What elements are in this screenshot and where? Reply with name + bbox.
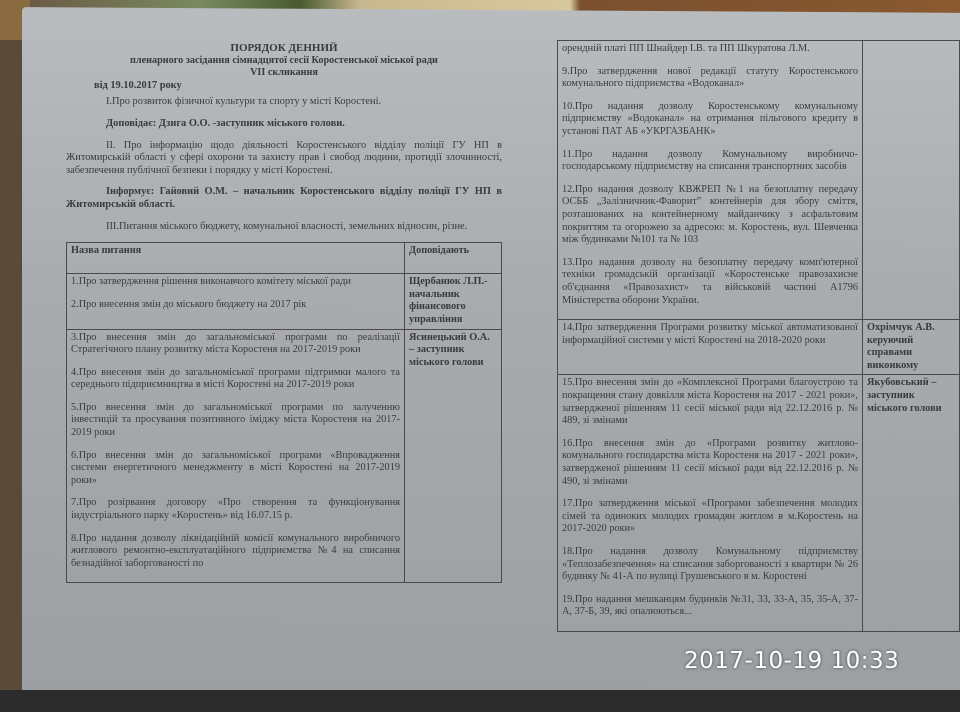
- agenda-item: 10.Про надання дозволу Коростенському ко…: [562, 101, 858, 139]
- agenda-item: 14.Про затвердження Програми розвитку мі…: [562, 322, 858, 347]
- table-row: 3.Про внесення змін до загальноміської п…: [67, 329, 502, 583]
- doc-date: від 19.10.2017 року: [94, 80, 502, 93]
- agenda-table-right: орендній платі ПП Шнайдер І.В. та ПП Шку…: [557, 40, 960, 632]
- agenda-item: 6.Про внесення змін до загальноміської п…: [71, 450, 400, 488]
- header-name: Назва питання: [67, 243, 405, 274]
- agenda-section: Доповідає: Дзига О.О. -заступник міськог…: [66, 118, 502, 131]
- agenda-item: 16.Про внесення змін до «Програми розвит…: [562, 438, 858, 488]
- section-text: І.Про розвиток фізичної культури та спор…: [106, 96, 381, 107]
- agenda-items-cell: 1.Про затвердження рішення виконавчого к…: [67, 274, 405, 329]
- doc-subtitle: пленарного засідання сімнадцятої сесії К…: [66, 55, 502, 68]
- table-row: 14.Про затвердження Програми розвитку мі…: [558, 320, 960, 375]
- speaker-cell: Щербанюк Л.П.- начальник фінансового упр…: [405, 274, 502, 329]
- agenda-item: 19.Про надання мешканцям будинків №31, 3…: [562, 594, 858, 619]
- agenda-table-left: Назва питання Доповідають 1.Про затвердж…: [66, 242, 502, 583]
- agenda-sections: І.Про розвиток фізичної культури та спор…: [66, 96, 502, 233]
- photo-timestamp: 2017-10-19 10:33: [684, 648, 899, 674]
- agenda-items-cell: орендній платі ПП Шнайдер І.В. та ПП Шку…: [558, 41, 863, 320]
- agenda-items-cell: 14.Про затвердження Програми розвитку мі…: [558, 320, 863, 375]
- table-surface: [0, 690, 960, 712]
- table-header-row: Назва питання Доповідають: [67, 243, 502, 274]
- agenda-item: 8.Про надання дозволу ліквідаційній комі…: [71, 533, 400, 571]
- table-row: 1.Про затвердження рішення виконавчого к…: [67, 274, 502, 329]
- agenda-item: орендній платі ПП Шнайдер І.В. та ПП Шку…: [562, 43, 858, 56]
- right-page: орендній платі ПП Шнайдер І.В. та ПП Шку…: [557, 40, 960, 632]
- speaker-cell: Якубовський – заступник міського голови: [863, 375, 960, 632]
- section-label: Інформує:: [106, 186, 160, 197]
- left-page: ПОРЯДОК ДЕННИЙ пленарного засідання сімн…: [66, 42, 502, 583]
- speaker-cell: Ясинецький О.А. – заступник міського гол…: [405, 329, 502, 583]
- agenda-item: 18.Про надання дозволу Комунальному підп…: [562, 546, 858, 584]
- agenda-item: 13.Про надання дозволу на безоплатну пер…: [562, 257, 858, 307]
- agenda-items-cell: 3.Про внесення змін до загальноміської п…: [67, 329, 405, 583]
- agenda-item: 9.Про затвердження нової редакції статут…: [562, 66, 858, 91]
- agenda-section: Інформує: Гайовий О.М. – начальник Корос…: [66, 186, 502, 211]
- agenda-section: І.Про розвиток фізичної культури та спор…: [66, 96, 502, 109]
- agenda-item: 1.Про затвердження рішення виконавчого к…: [71, 276, 400, 289]
- section-text: ІІІ.Питання міського бюджету, комунально…: [106, 221, 467, 232]
- agenda-item: 17.Про затвердження міської «Програми за…: [562, 498, 858, 536]
- speaker-cell: Охрімчук А.В. керуючий справами виконком…: [863, 320, 960, 375]
- agenda-item: 11.Про надання дозволу Комунальному виро…: [562, 149, 858, 174]
- agenda-items-cell: 15.Про внесення змін до «Комплексної Про…: [558, 375, 863, 632]
- agenda-item: 5.Про внесення змін до загальноміської п…: [71, 402, 400, 440]
- agenda-item: 3.Про внесення змін до загальноміської п…: [71, 332, 400, 357]
- section-text: ІІ. Про інформацію щодо діяльності Корос…: [66, 140, 502, 176]
- agenda-item: 2.Про внесення змін до міського бюджету …: [71, 299, 400, 312]
- doc-title: ПОРЯДОК ДЕННИЙ: [66, 42, 502, 55]
- section-label: Доповідає:: [106, 118, 159, 129]
- agenda-item: 15.Про внесення змін до «Комплексної Про…: [562, 377, 858, 427]
- agenda-item: 7.Про розірвання договору «Про створення…: [71, 497, 400, 522]
- table-row: 15.Про внесення змін до «Комплексної Про…: [558, 375, 960, 632]
- agenda-section: ІІ. Про інформацію щодо діяльності Корос…: [66, 140, 502, 178]
- doc-convocation: VII скликання: [66, 67, 502, 80]
- agenda-item: 4.Про внесення змін до загальноміської п…: [71, 367, 400, 392]
- table-row: орендній платі ПП Шнайдер І.В. та ПП Шку…: [558, 41, 960, 320]
- agenda-item: 12.Про надання дозволу КВЖРЕП №1 на безо…: [562, 184, 858, 247]
- speaker-cell: [863, 41, 960, 320]
- agenda-section: ІІІ.Питання міського бюджету, комунально…: [66, 221, 502, 234]
- header-speakers: Доповідають: [405, 243, 502, 274]
- section-text: Дзига О.О. -заступник міського голови.: [159, 118, 345, 129]
